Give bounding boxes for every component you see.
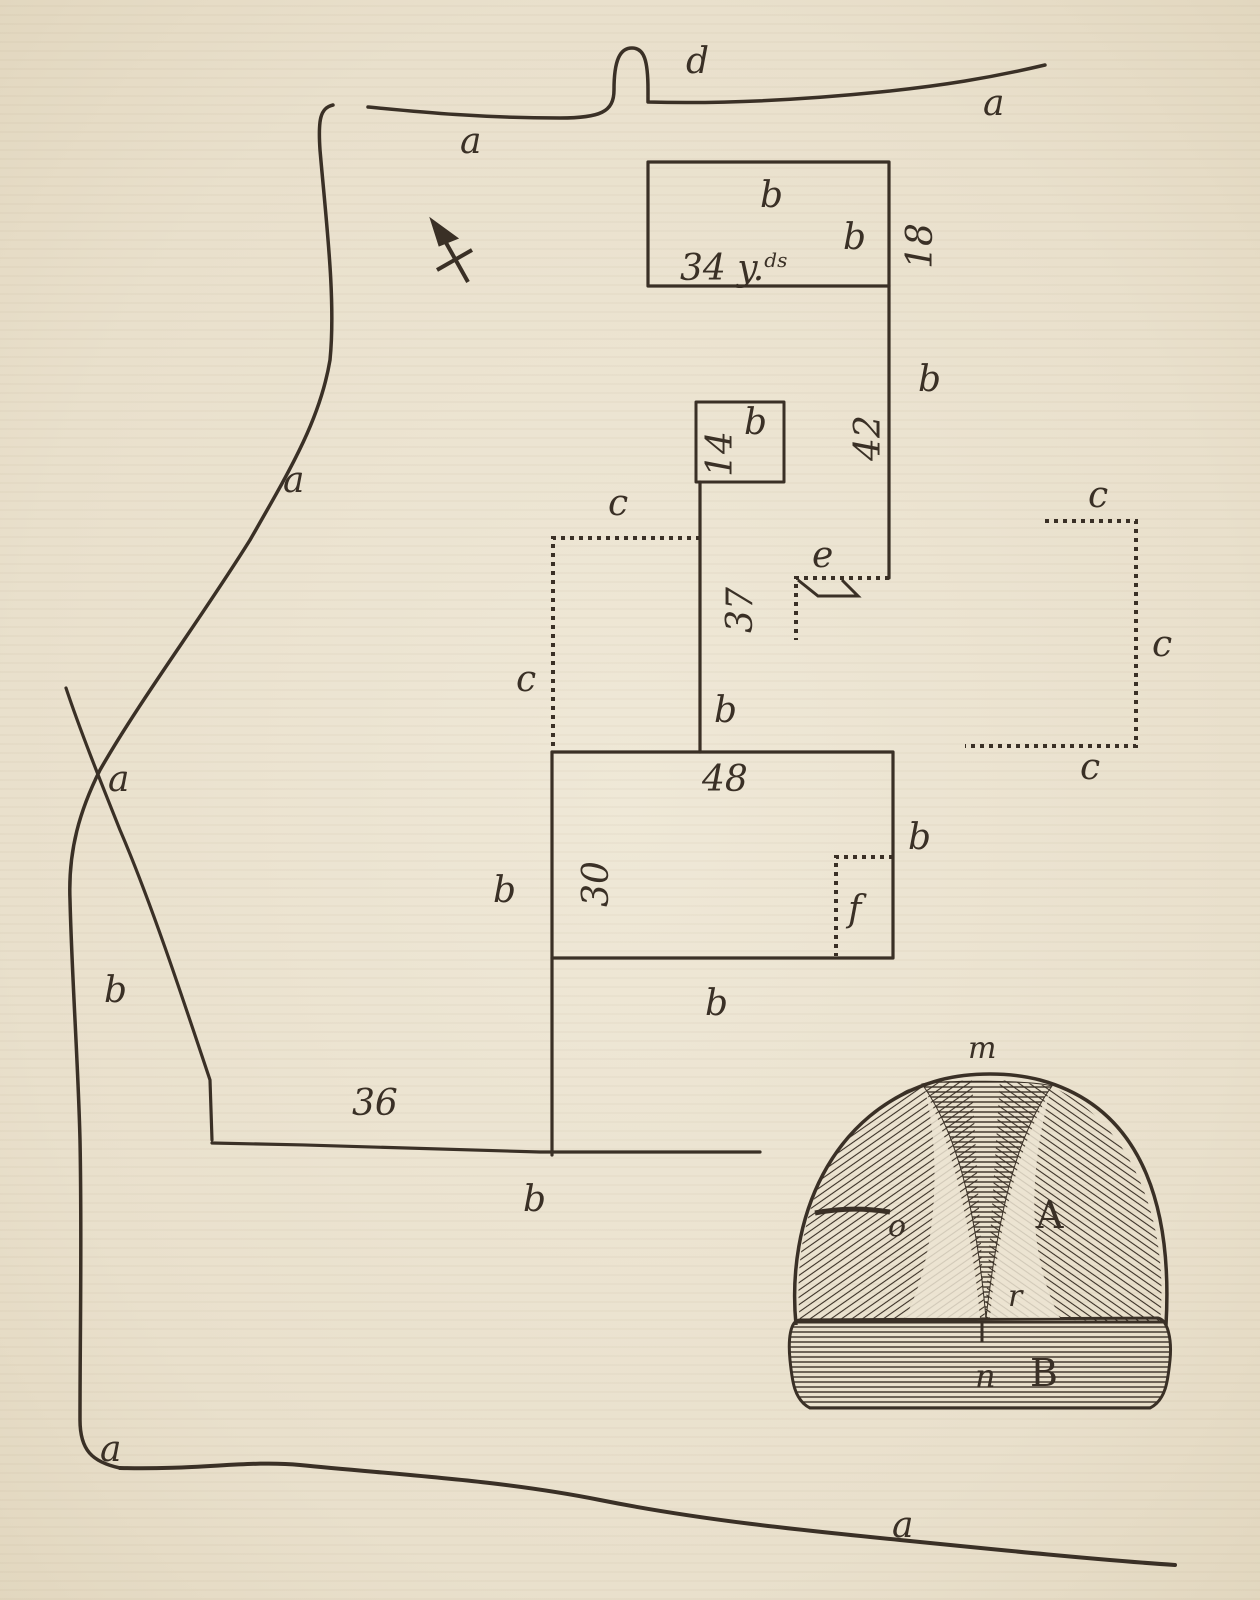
label-a-bottom-left: a	[100, 1432, 121, 1468]
label-b-left-lower: b	[493, 873, 516, 909]
label-a-left-mid: a	[283, 463, 304, 499]
label-top-box-b2: b	[843, 220, 866, 256]
label-a-top-right: a	[983, 86, 1004, 122]
dotted-c-enclosure-right	[965, 521, 1136, 746]
inset-label-n: n	[975, 1360, 996, 1392]
plan-drawing	[0, 0, 1260, 1600]
north-arrow-icon	[433, 222, 472, 282]
label-top-box-dimension: 34 y.ds	[680, 250, 787, 287]
dotted-e-line	[796, 578, 889, 640]
label-b-right-upper: b	[918, 362, 941, 398]
crossing-line	[66, 688, 212, 1140]
label-e: e	[812, 538, 833, 574]
dotted-f-outline	[836, 857, 893, 956]
label-dim-48: 48	[702, 762, 748, 798]
label-top-box-b1: b	[760, 178, 783, 214]
label-dim-30: 30	[579, 861, 615, 907]
label-dim-36: 36	[352, 1086, 398, 1122]
label-dim-42: 42	[851, 415, 887, 461]
label-b-left: b	[104, 973, 127, 1009]
gate-e-symbol	[798, 580, 858, 596]
label-c-right-mid: c	[1152, 627, 1172, 663]
label-small-box-b: b	[744, 405, 767, 441]
label-dim-18: 18	[903, 223, 939, 269]
label-f: f	[848, 892, 861, 928]
label-b-right-lower: b	[908, 820, 931, 856]
label-c-right-bottom: c	[1080, 750, 1100, 786]
inset-label-r: r	[1008, 1282, 1022, 1312]
label-dim-14: 14	[703, 431, 739, 477]
inset-label-m: m	[968, 1034, 996, 1064]
inset-label-B: B	[1030, 1354, 1058, 1392]
label-c-top: c	[608, 486, 628, 522]
inset-label-o: o	[888, 1212, 906, 1242]
label-a-crossing: a	[108, 762, 129, 798]
label-b-bottom: b	[523, 1182, 546, 1218]
label-d: d	[686, 44, 709, 80]
label-a-top-left: a	[460, 124, 481, 160]
dotted-c-enclosure-left	[553, 538, 700, 752]
label-c-right-top: c	[1088, 478, 1108, 514]
label-b-under-48: b	[705, 986, 728, 1022]
inset-label-A: A	[1036, 1196, 1063, 1234]
boundary-bottom-line	[120, 1464, 1175, 1565]
label-dim-37: 37	[723, 587, 759, 633]
label-c-left: c	[516, 662, 536, 698]
label-b-center: b	[714, 693, 737, 729]
label-a-bottom: a	[892, 1508, 913, 1544]
lower-wall-line	[212, 1143, 760, 1152]
